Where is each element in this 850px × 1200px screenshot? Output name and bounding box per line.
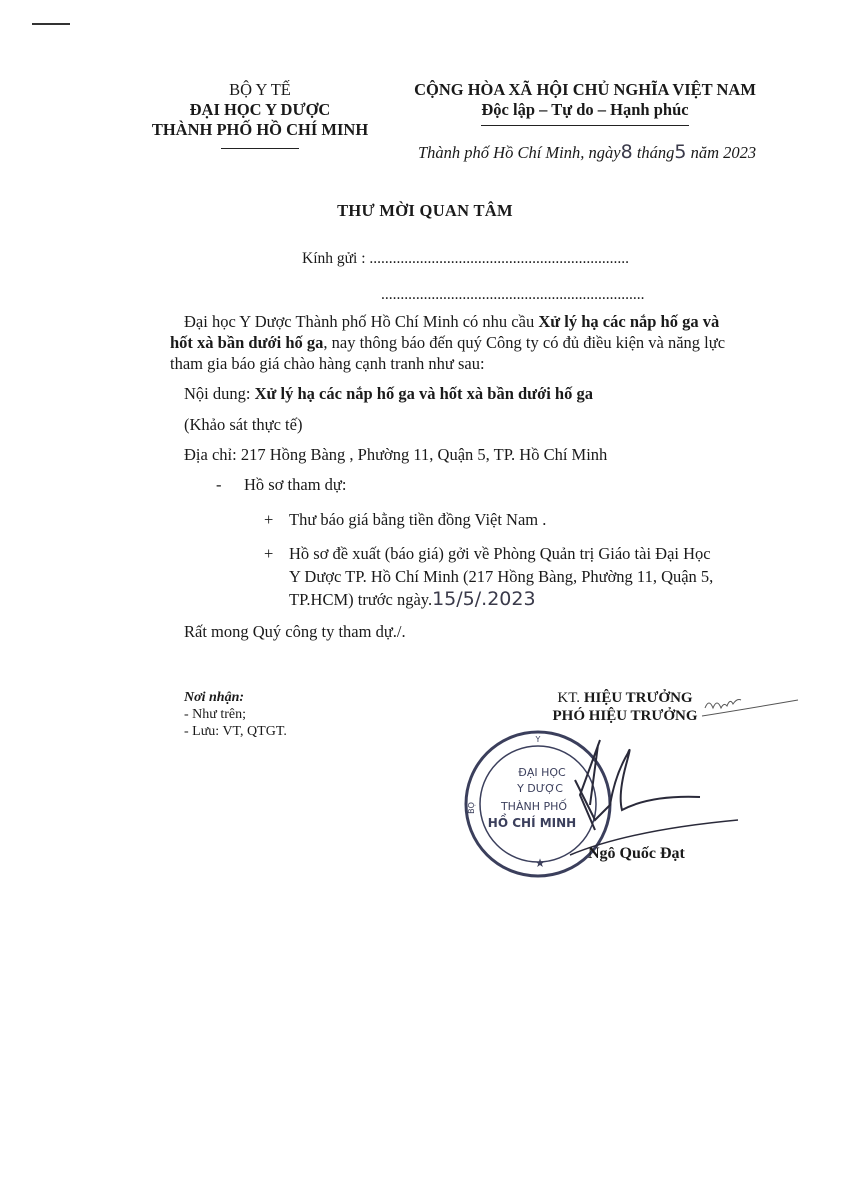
content-value: Xử lý hạ các nắp hố ga và hốt xà bần dướ…	[255, 384, 593, 403]
intro-emphasis: Xử lý hạ các nắp hố ga và	[538, 312, 719, 331]
recipient-blank-2: ........................................…	[381, 286, 645, 304]
recipients-item: - Như trên;	[184, 706, 287, 723]
country-name: CỘNG HÒA XÃ HỘI CHỦ NGHĨA VIỆT NAM	[392, 80, 778, 100]
plus-bullet: +	[264, 509, 289, 530]
date-prefix: Thành phố Hồ Chí Minh, ngày	[418, 143, 621, 162]
deadline-handwritten: 15/5/.2023	[432, 588, 535, 610]
seal-star-icon: ★	[535, 856, 546, 870]
recipients-heading: Nơi nhận:	[184, 689, 287, 706]
deputy-title: PHÓ HIỆU TRƯỞNG	[540, 707, 710, 725]
recipient-blank-1: ........................................…	[369, 250, 629, 267]
dossier-item-2-line-2: Y Dược TP. Hồ Chí Minh (217 Hồng Bàng, P…	[289, 566, 713, 587]
recipients-block: Nơi nhận: - Như trên; - Lưu: VT, QTGT.	[184, 689, 287, 740]
content-line: Nội dung: Xử lý hạ các nắp hố ga và hốt …	[184, 383, 593, 404]
header-right-underline	[481, 125, 689, 126]
seal-top-letter: Y	[535, 735, 541, 744]
principal-title: HIỆU TRƯỞNG	[584, 690, 693, 706]
seal-line-2: Y DƯỢC	[516, 782, 563, 795]
dossier-item-text: Thư báo giá bằng tiền đồng Việt Nam .	[289, 510, 546, 529]
national-motto: Độc lập – Tự do – Hạnh phúc	[392, 100, 778, 120]
intro-line-1: Đại học Y Dược Thành phố Hồ Chí Minh có …	[184, 311, 719, 332]
kt-prefix: KT.	[557, 690, 583, 706]
plus-bullet: +	[264, 543, 289, 564]
intro-text-2: , nay thông báo đến quý Công ty có đủ đi…	[323, 333, 725, 352]
signer-name: Ngô Quốc Đạt	[588, 845, 685, 863]
initial-scribble-icon	[700, 690, 800, 720]
dossier-item-1: +Thư báo giá bằng tiền đồng Việt Nam .	[264, 509, 546, 530]
survey-note: (Khảo sát thực tế)	[184, 414, 302, 435]
dossier-item-text: Hồ sơ đề xuất (báo giá) gởi về Phòng Quả…	[289, 544, 711, 563]
date-year: năm 2023	[691, 143, 757, 162]
document-title: THƯ MỜI QUAN TÂM	[0, 201, 850, 221]
seal-line-1: ĐẠI HỌC	[518, 766, 566, 779]
dossier-item-2: +Hồ sơ đề xuất (báo giá) gởi về Phòng Qu…	[264, 543, 711, 564]
date-line: Thành phố Hồ Chí Minh, ngày8 tháng5 năm …	[418, 141, 756, 163]
seal-line-3: THÀNH PHỐ	[500, 799, 567, 813]
header-left-underline	[221, 148, 299, 149]
intro-emphasis-2: hốt xà bần dưới hố ga	[170, 333, 323, 352]
intro-text: Đại học Y Dược Thành phố Hồ Chí Minh có …	[184, 312, 538, 331]
closing-line: Rất mong Quý công ty tham dự./.	[184, 621, 406, 642]
ministry-name: BỘ Y TẾ	[120, 80, 400, 100]
signature-title: KT. HIỆU TRƯỞNG PHÓ HIỆU TRƯỞNG	[540, 689, 710, 725]
university-city: THÀNH PHỐ HỒ CHÍ MINH	[120, 120, 400, 140]
date-month-handwritten: 5	[674, 141, 686, 163]
dossier-label: Hồ sơ tham dự:	[244, 475, 346, 494]
scan-mark	[32, 23, 70, 25]
date-month-label: tháng	[637, 143, 675, 162]
address-line: Địa chỉ: 217 Hồng Bàng , Phường 11, Quận…	[184, 444, 607, 465]
intro-line-2: hốt xà bần dưới hố ga, nay thông báo đến…	[170, 332, 725, 353]
deadline-label: TP.HCM) trước ngày.	[289, 590, 432, 609]
dash-bullet: -	[216, 474, 244, 495]
intro-line-3: tham gia báo giá chào hàng cạnh tranh nh…	[170, 353, 485, 374]
recipient-label: Kính gửi :	[302, 250, 366, 267]
dossier-heading: -Hồ sơ tham dự:	[216, 474, 346, 495]
recipient-line: Kính gửi : .............................…	[302, 250, 629, 268]
national-motto-header: CỘNG HÒA XÃ HỘI CHỦ NGHĨA VIỆT NAM Độc l…	[392, 80, 778, 126]
recipients-item: - Lưu: VT, QTGT.	[184, 723, 287, 740]
issuing-agency-header: BỘ Y TẾ ĐẠI HỌC Y DƯỢC THÀNH PHỐ HỒ CHÍ …	[120, 80, 400, 149]
university-name: ĐẠI HỌC Y DƯỢC	[120, 100, 400, 120]
content-label: Nội dung:	[184, 384, 255, 403]
dossier-item-2-line-3: TP.HCM) trước ngày.15/5/.2023	[289, 589, 536, 610]
date-day-handwritten: 8	[621, 141, 633, 163]
seal-side-letter: BỘ	[465, 802, 476, 814]
